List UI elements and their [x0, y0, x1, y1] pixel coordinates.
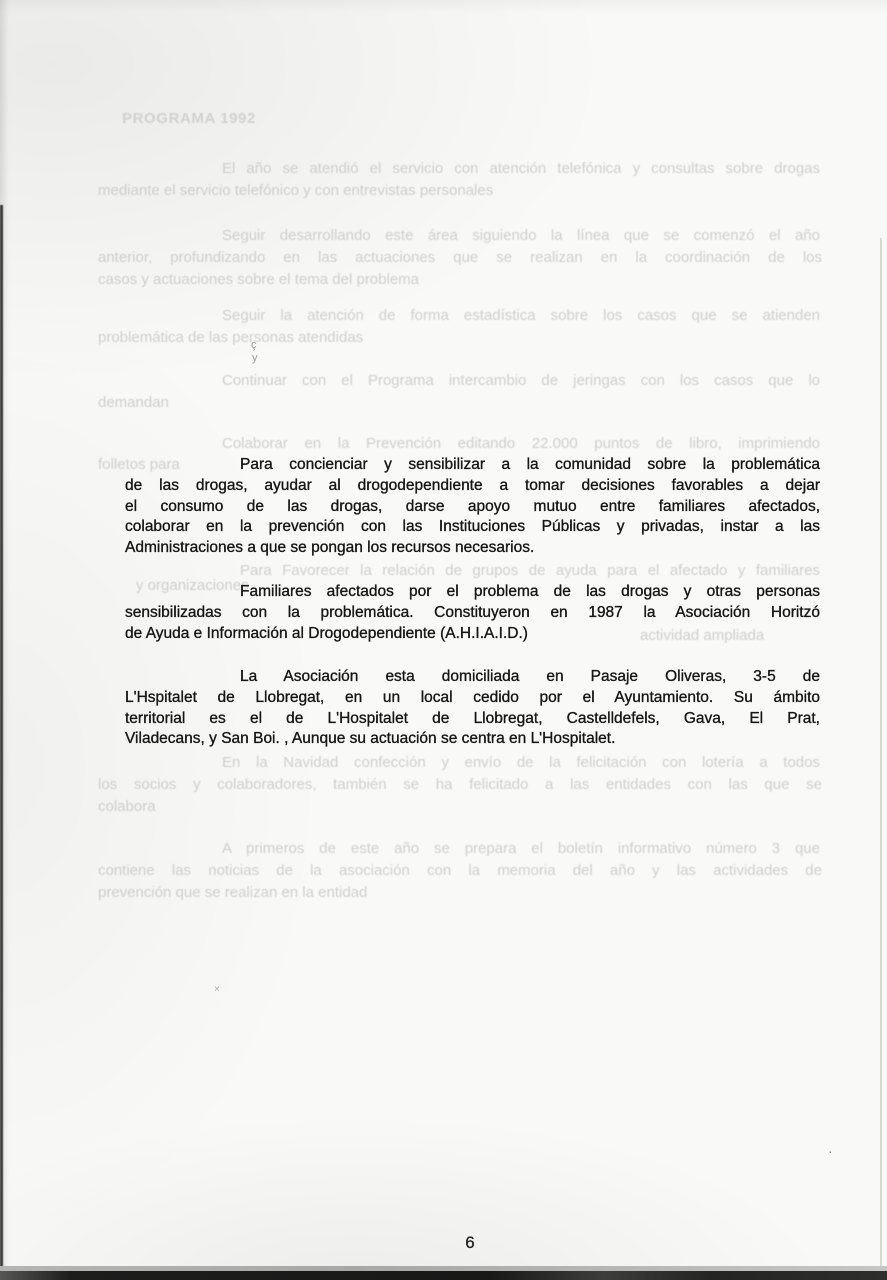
- text-line: territorial es el de L'Hospitalet de Llo…: [125, 710, 820, 731]
- text-line: Para concienciar y sensibilizar a la com…: [125, 456, 820, 477]
- body-text-layer: Para concienciar y sensibilizar a la com…: [0, 0, 887, 1280]
- text-line: de las drogas, ayudar al drogodependient…: [125, 477, 820, 498]
- paragraph: Familiares afectados por el problema de …: [125, 583, 820, 645]
- scanned-page: PROGRAMA 1992El año se atendió el servic…: [0, 0, 887, 1280]
- paragraph: Para concienciar y sensibilizar a la com…: [125, 456, 820, 560]
- paragraph: La Asociación esta domiciliada en Pasaje…: [125, 668, 820, 751]
- text-line: L'Hspitalet de Llobregat, en un local ce…: [125, 689, 820, 710]
- text-line: La Asociación esta domiciliada en Pasaje…: [125, 668, 820, 689]
- text-line: Familiares afectados por el problema de …: [125, 583, 820, 604]
- text-line: sensibilizadas con la problemática. Cons…: [125, 604, 820, 625]
- text-line: el consumo de las drogas, darse apoyo mu…: [125, 498, 820, 519]
- page-number: 6: [455, 1233, 485, 1253]
- text-line: colaborar en la prevención con las Insti…: [125, 518, 820, 539]
- text-line: de Ayuda e Información al Drogodependien…: [125, 625, 820, 646]
- text-line: Viladecans, y San Boi. , Aunque su actua…: [125, 730, 820, 751]
- text-line: Administraciones a que se pongan los rec…: [125, 539, 820, 560]
